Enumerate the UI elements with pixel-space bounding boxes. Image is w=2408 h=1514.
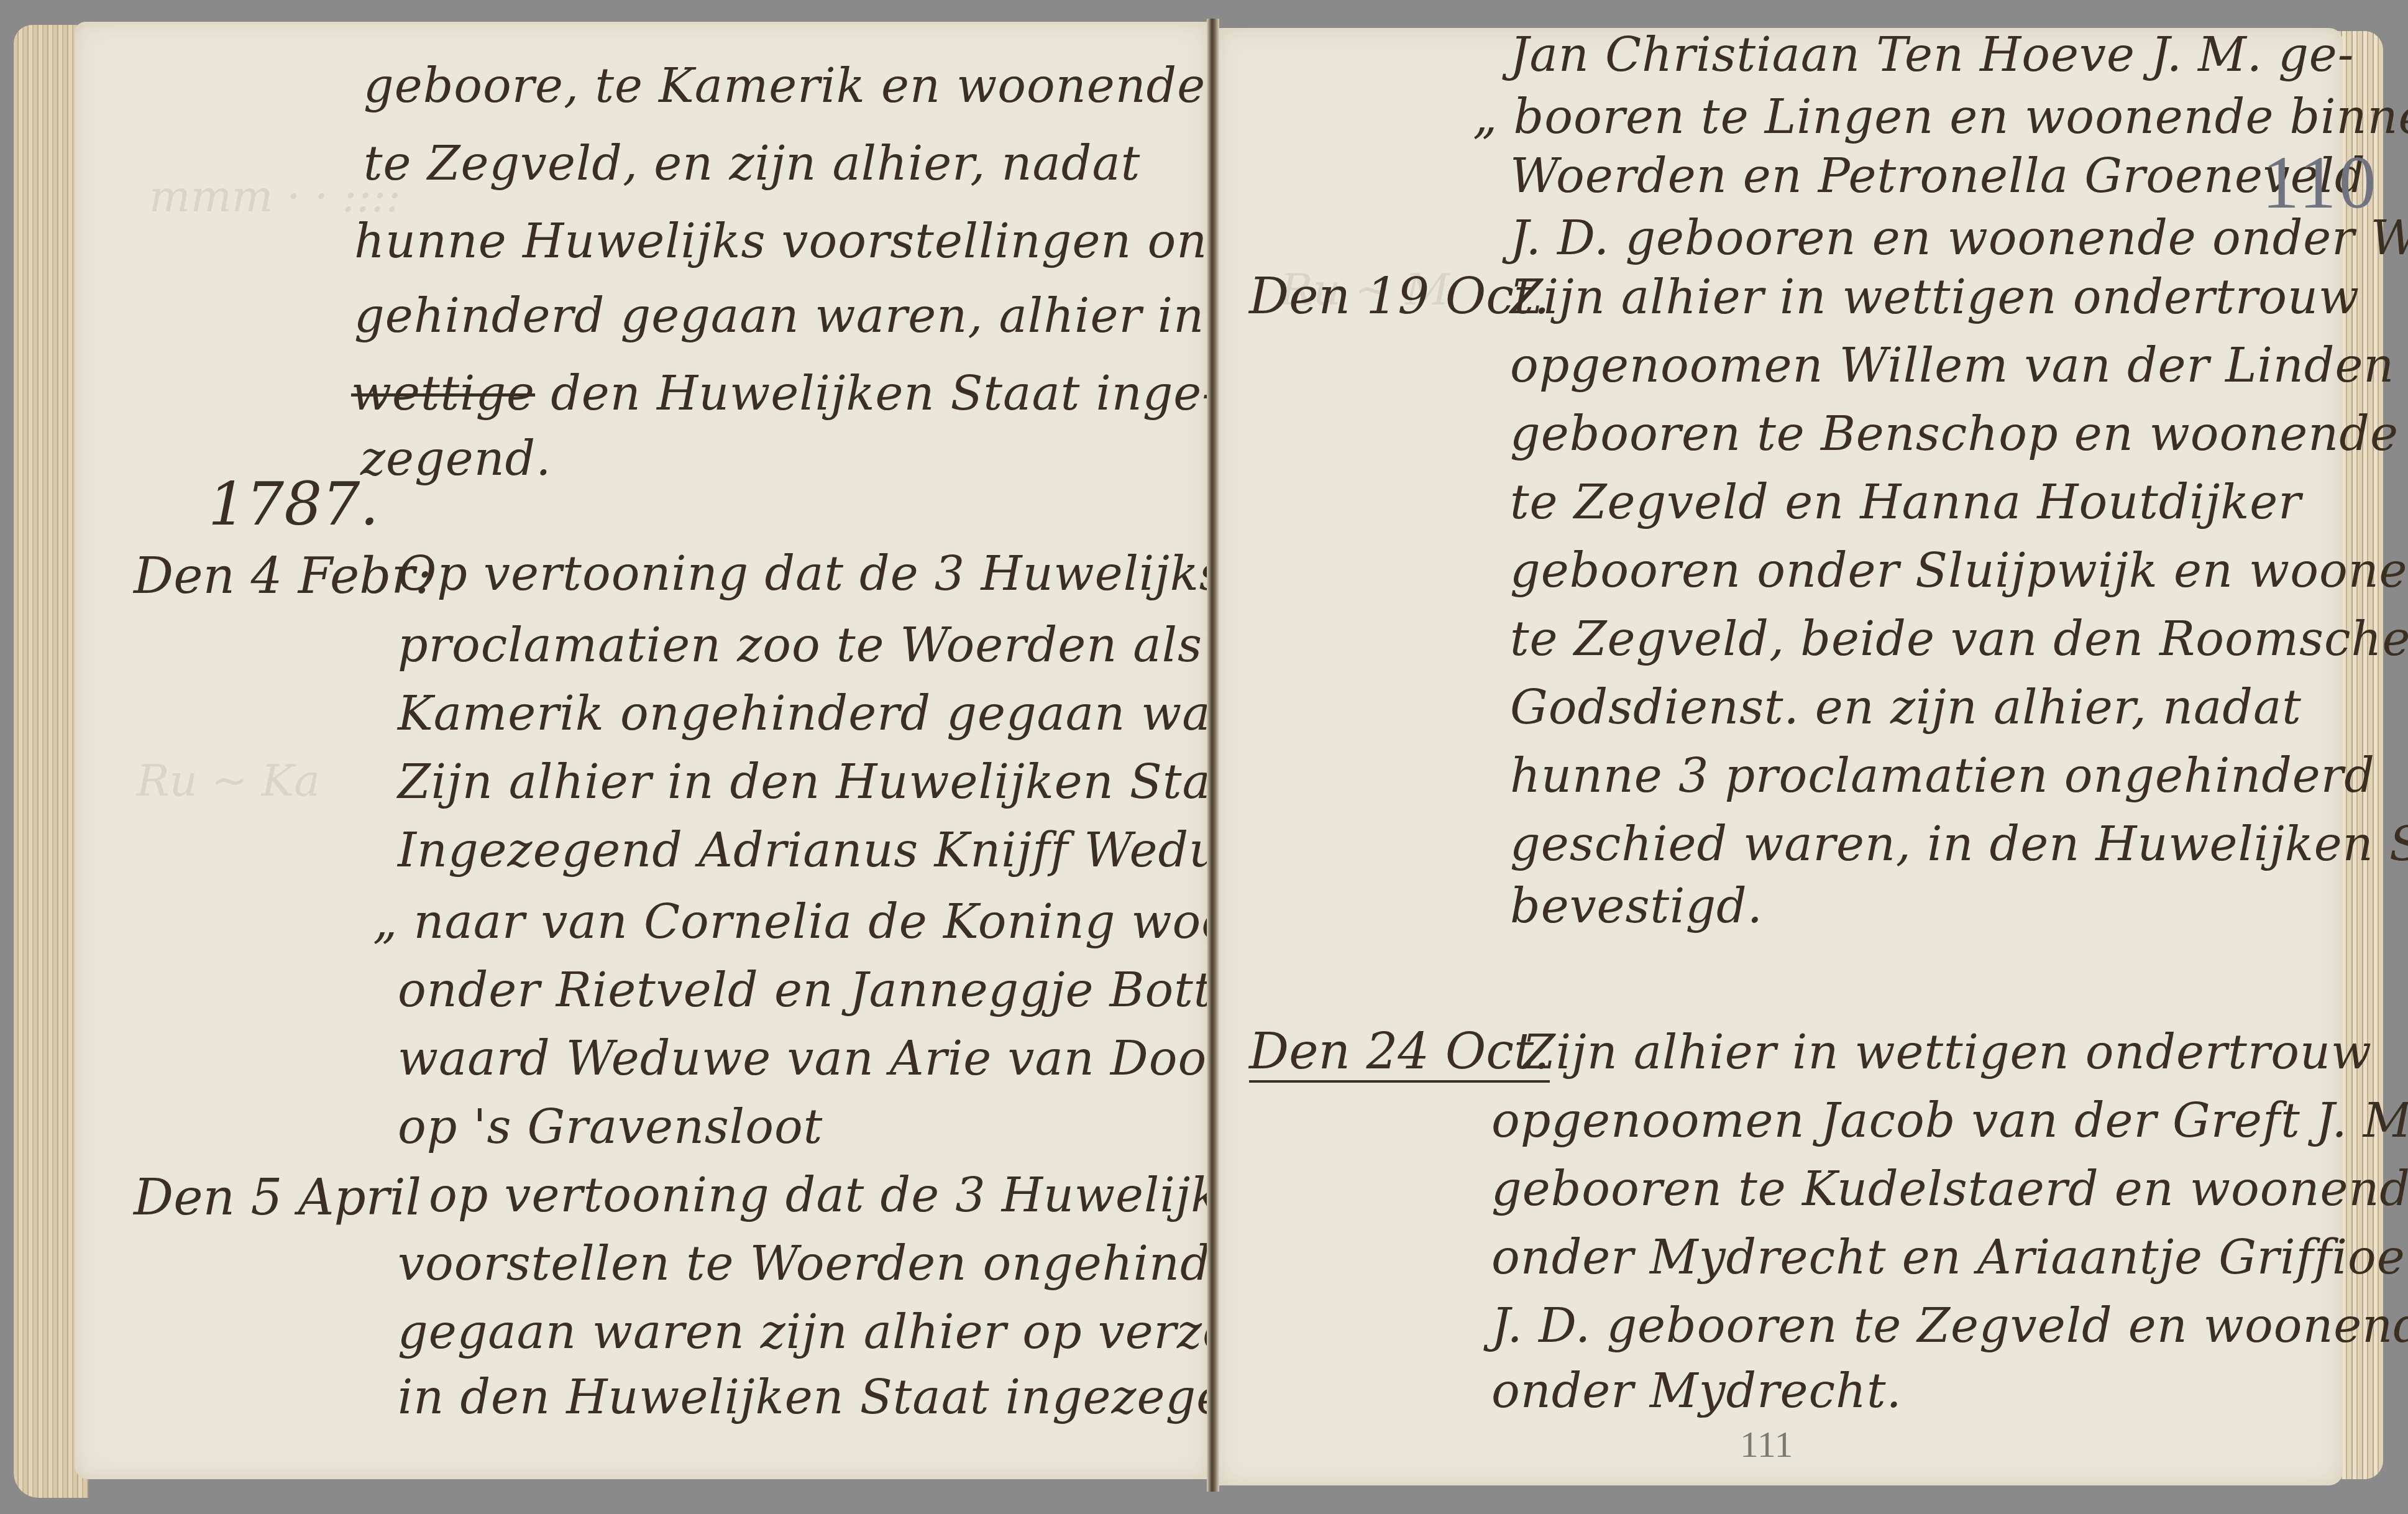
oct19-line-8: hunne 3 proclamatien ongehinderd xyxy=(1510,752,2375,799)
year-heading: 1787. xyxy=(208,469,379,539)
april-line-2: voorstellen te Woerden ongehinderd xyxy=(398,1240,1294,1287)
feb-line-9: op 's Gravensloot xyxy=(398,1103,823,1150)
oct24-line-1: Zijn alhier in wettigen ondertrouw xyxy=(1522,1029,2372,1076)
left-line-4: gehinderd gegaan waren, alhier in xyxy=(354,292,1204,339)
april-line-3: gegaan waren zijn alhier op verzoek xyxy=(398,1308,1289,1356)
feb-line-2: proclamatien zoo te Woerden als te xyxy=(398,622,1266,669)
oct24-line-6: onder Mydrecht. xyxy=(1491,1367,1902,1415)
open-register-book: mmm · · :::: Ru ~ Ka geboore, te Kamerik… xyxy=(0,0,2408,1514)
feb-line-4: Zijn alhier in den Huwelijken Staat xyxy=(398,758,1260,805)
feb-line-1: Op vertooning dat de 3 Huwelijks- xyxy=(398,550,1241,597)
oct19-line-9: geschied waren, in den Huwelijken Staat xyxy=(1510,820,2408,868)
april-line-1: op vertooning dat de 3 Huwelijks- xyxy=(429,1172,1261,1219)
right-line-3: Woerden en Petronella Groeneveld xyxy=(1510,152,2366,200)
oct19-line-10: bevestigd. xyxy=(1510,883,1763,930)
oct19-line-2: opgenoomen Willem van der Linden xyxy=(1510,342,2394,389)
left-line-3: hunne Huwelijks voorstellingen on- xyxy=(354,218,1224,265)
oct24-line-4: onder Mydrecht en Ariaantje Griffioen xyxy=(1491,1234,2408,1281)
oct24-line-3: gebooren te Kudelstaerd en woonende xyxy=(1491,1165,2408,1213)
entry-date-19-oct: Den 19 Oct. xyxy=(1249,267,1550,325)
feb-line-7: onder Rietveld en Janneggje Bottel- xyxy=(398,966,1274,1014)
entry-date-april: Den 5 April xyxy=(134,1168,421,1226)
april-line-4: in den Huwelijken Staat ingezegend xyxy=(398,1374,1287,1421)
feb-line-5: Ingezegend Adrianus Knijff Weduw- xyxy=(398,827,1278,874)
left-line-5-rest: den Huwelijken Staat inge- xyxy=(551,365,1219,421)
oct24-line-5: J. D. gebooren te Zegveld en woonende xyxy=(1491,1302,2408,1349)
left-line-6: zegend. xyxy=(360,435,551,482)
bleed-through-text: Ru ~ Ka xyxy=(137,755,320,806)
oct19-line-4: te Zegveld en Hanna Houtdijker xyxy=(1510,479,2302,526)
oct19-line-3: gebooren te Benschop en woonende xyxy=(1510,410,2399,457)
right-line-4: J. D. gebooren en woonende onder Woerden… xyxy=(1510,214,2408,262)
pencil-page-number: 111 xyxy=(1740,1423,1793,1466)
left-line-5: wettige den Huwelijken Staat inge- xyxy=(351,370,1219,417)
oct19-line-1: Zijn alhier in wettigen ondertrouw xyxy=(1510,273,2360,321)
entry-date-24-oct: Den 24 Oct. xyxy=(1249,1022,1550,1083)
right-line-2: „ booren te Lingen en woonende binnen xyxy=(1473,93,2408,140)
struck-word: wettige xyxy=(351,365,535,421)
oct19-line-5: gebooren onder Sluijpwijk en woonende xyxy=(1510,547,2408,594)
feb-line-3: Kamerik ongehinderd gegaan waren xyxy=(398,690,1294,737)
feb-line-8: waard Weduwe van Arie van Doorn xyxy=(398,1035,1261,1082)
book-gutter xyxy=(1207,19,1219,1492)
right-line-1: Jan Christiaan Ten Hoeve J. M. ge- xyxy=(1510,31,2354,78)
oct24-line-2: opgenoomen Jacob van der Greft J. M. xyxy=(1491,1097,2408,1144)
oct19-line-6: te Zegveld, beide van den Roomschen xyxy=(1510,615,2408,663)
entry-date-feb: Den 4 Febr: xyxy=(134,547,432,605)
oct19-line-7: Godsdienst. en zijn alhier, nadat xyxy=(1510,684,2302,731)
left-line-2: te Zegveld, en zijn alhier, nadat xyxy=(364,140,1140,187)
left-line-1: geboore, te Kamerik en woonende xyxy=(364,62,1206,109)
